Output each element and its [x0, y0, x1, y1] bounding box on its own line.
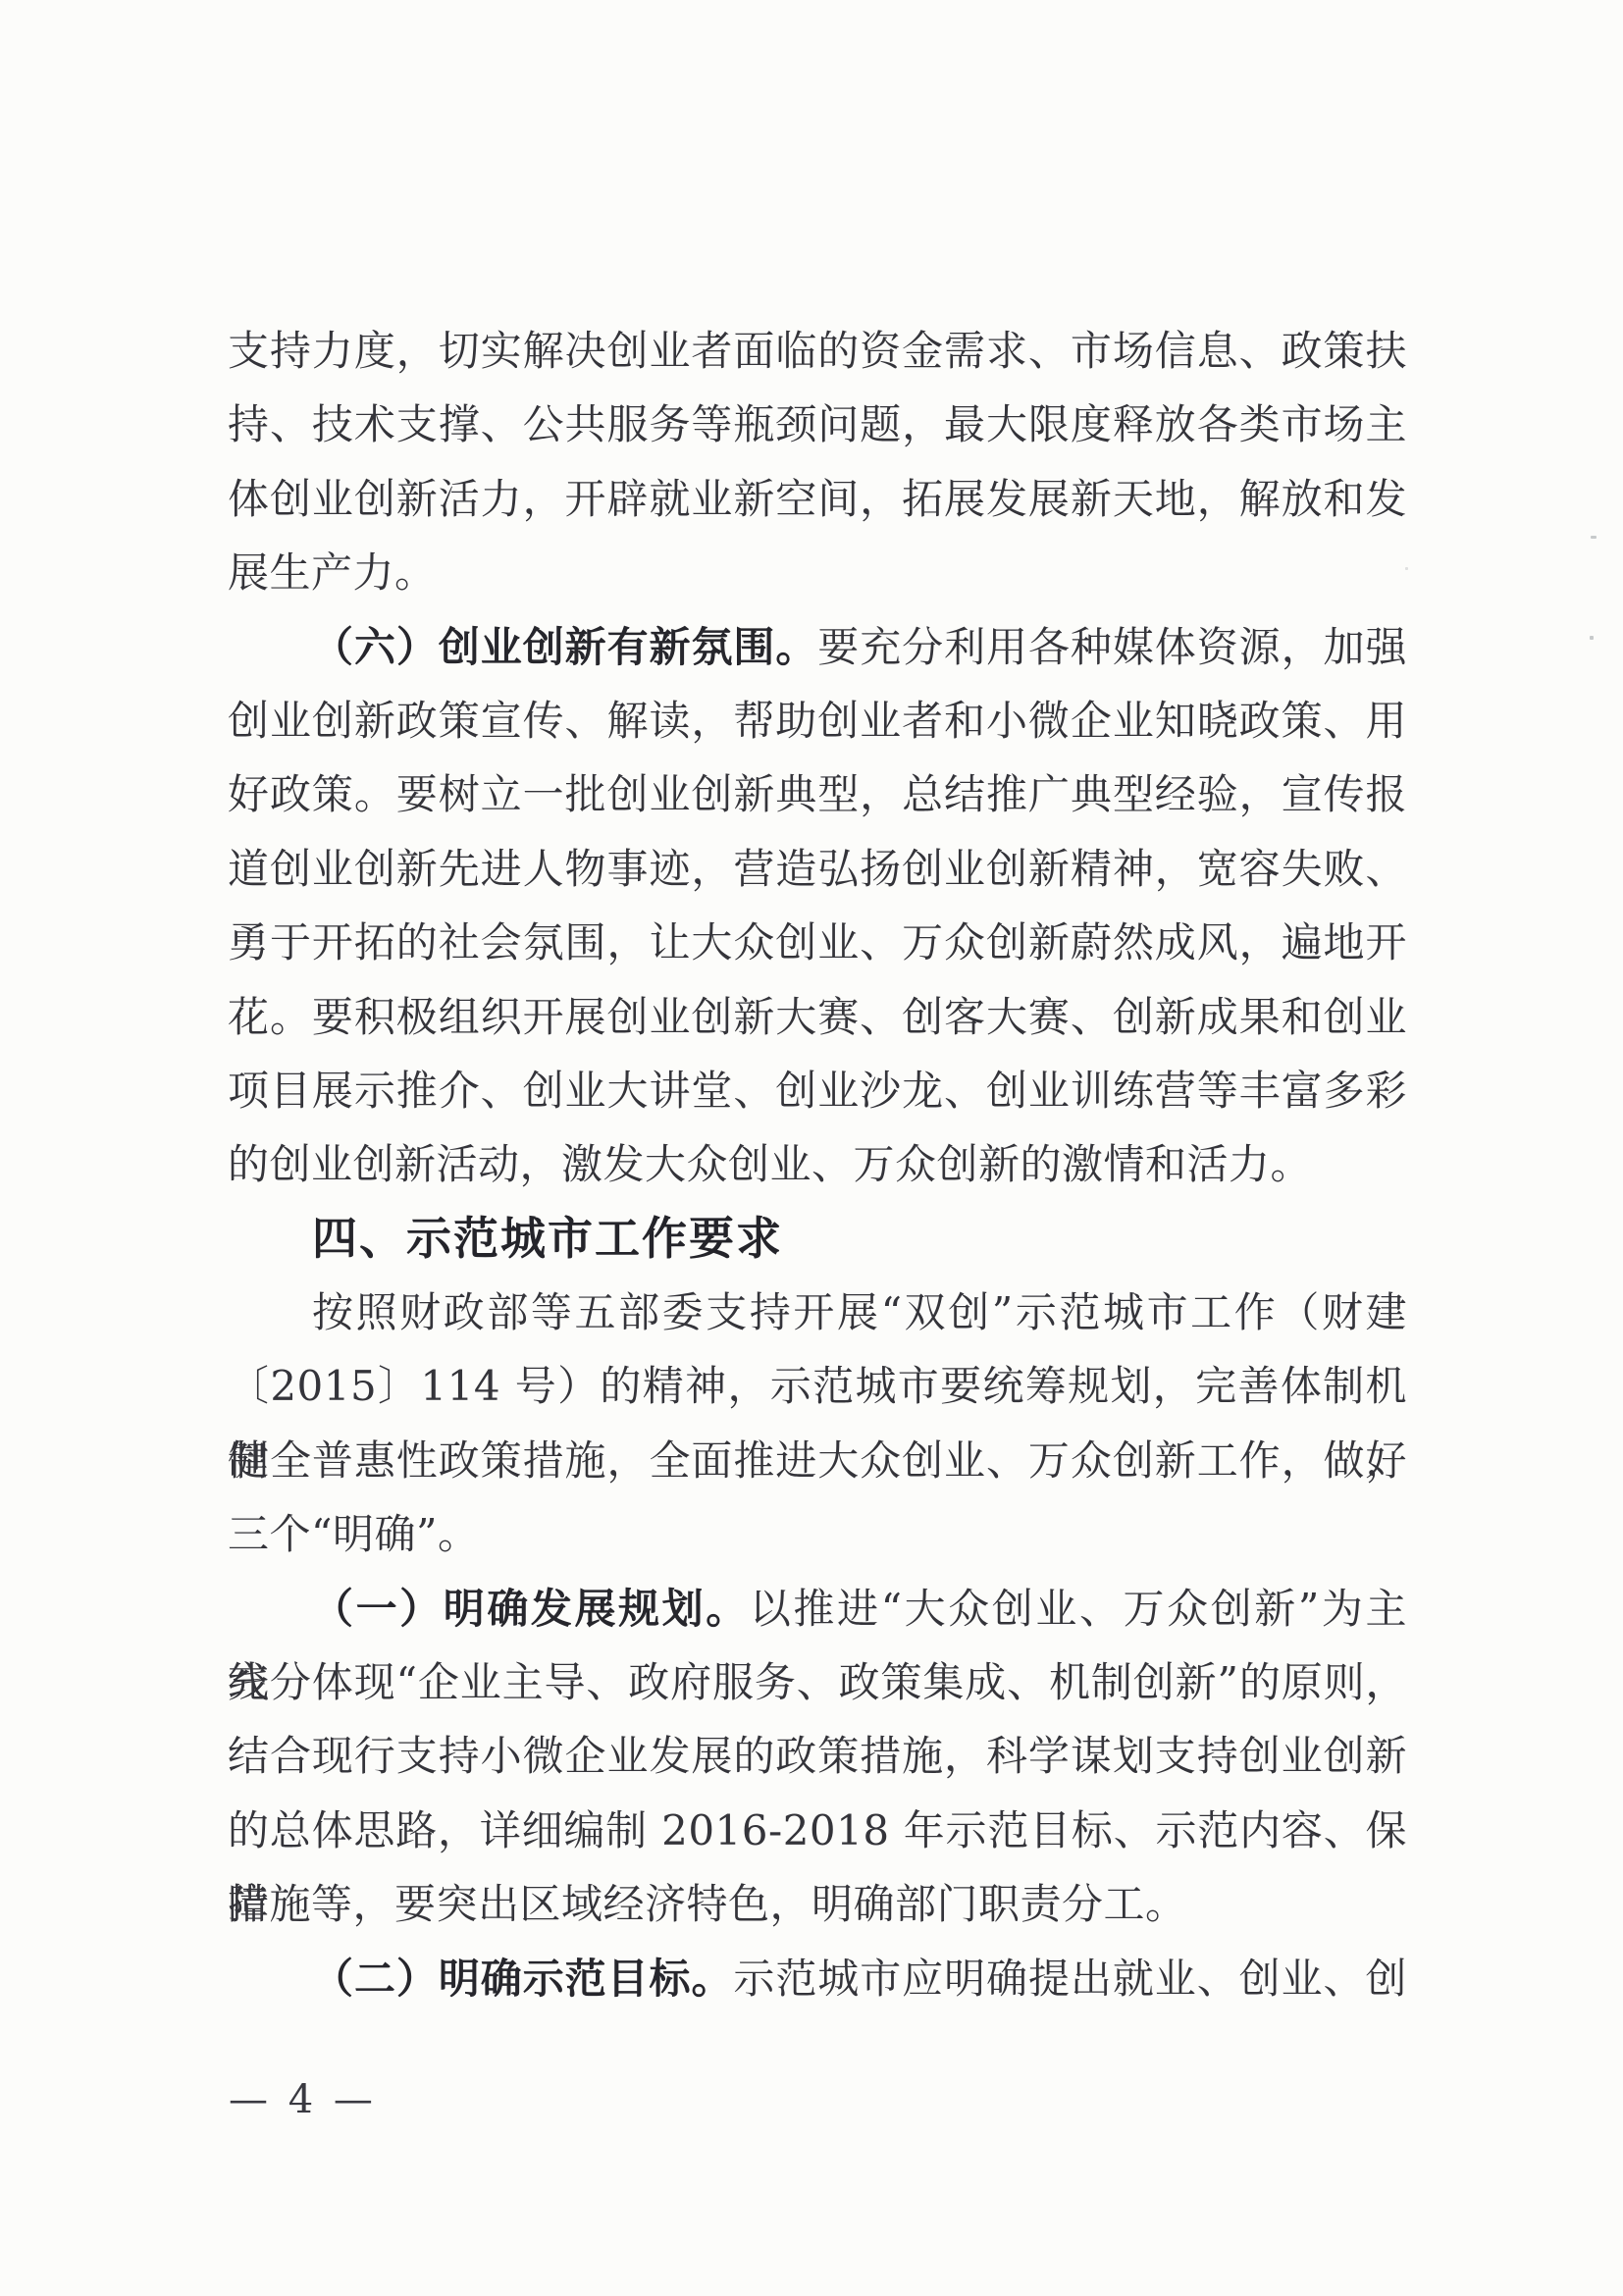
scan-speck	[1591, 536, 1597, 539]
text-line: 结合现行支持小微企业发展的政策措施，科学谋划支持创业创新	[228, 1719, 1407, 1793]
body-text-segment: 好政策。要树立一批创业创新典型，总结推广典型经验，宣传报	[228, 770, 1407, 818]
text-line: 勇于开拓的社会氛围，让大众创业、万众创新蔚然成风，遍地开	[228, 906, 1407, 979]
text-line: 健全普惠性政策措施，全面推进大众创业、万众创新工作，做好	[228, 1424, 1407, 1497]
body-text-segment: 按照财政部等五部委支持开展“双创”示范城市工作（财建	[312, 1288, 1407, 1336]
body-text-segment: 持、技术支撑、公共服务等瓶颈问题，最大限度释放各类市场主	[228, 400, 1407, 448]
document-page: 支持力度，切实解决创业者面临的资金需求、市场信息、政策扶持、技术支撑、公共服务等…	[0, 0, 1623, 2296]
body-text-segment: 花。要积极组织开展创业创新大赛、创客大赛、创新成果和创业	[228, 993, 1407, 1041]
text-line: 创业创新政策宣传、解读，帮助创业者和小微企业知晓政策、用	[228, 684, 1407, 757]
body-text-segment: 道创业创新先进人物事迹，营造弘扬创业创新精神，宽容失败、	[228, 845, 1407, 893]
page-number: — 4 —	[229, 2078, 377, 2121]
text-line: 好政策。要树立一批创业创新典型，总结推广典型经验，宣传报	[228, 757, 1407, 831]
body-text-segment: 示范城市应明确提出就业、创业、创	[733, 1955, 1407, 2003]
body-text-segment: 健全普惠性政策措施，全面推进大众创业、万众创新工作，做好	[228, 1436, 1407, 1485]
text-line: 的创业创新活动，激发大众创业、万众创新的激情和活力。	[228, 1127, 1407, 1201]
text-line: （六）创业创新有新氛围。要充分利用各种媒体资源，加强	[228, 610, 1407, 684]
text-line: 展生产力。	[228, 536, 1407, 609]
body-text-segment: 充分体现“企业主导、政府服务、政策集成、机制创新”的原则，	[228, 1658, 1407, 1706]
text-line: （一）明确发展规划。以推进“大众创业、万众创新”为主线，	[228, 1572, 1407, 1645]
body-text-segment: 体创业创新活力，开辟就业新空间，拓展发展新天地，解放和发	[228, 475, 1407, 523]
text-line: 按照财政部等五部委支持开展“双创”示范城市工作（财建	[228, 1276, 1407, 1349]
text-line: 花。要积极组织开展创业创新大赛、创客大赛、创新成果和创业	[228, 980, 1407, 1054]
body-text-segment: 要充分利用各种媒体资源，加强	[817, 623, 1407, 671]
bold-text-segment: （一）明确发展规划。	[312, 1585, 750, 1633]
body-text-segment: 创业创新政策宣传、解读，帮助创业者和小微企业知晓政策、用	[228, 697, 1407, 745]
text-line: （二）明确示范目标。示范城市应明确提出就业、创业、创	[228, 1942, 1407, 2015]
body-text-segment: 支持力度，切实解决创业者面临的资金需求、市场信息、政策扶	[228, 327, 1407, 375]
text-line: 〔2015〕114 号）的精神，示范城市要统筹规划，完善体制机制，	[228, 1349, 1407, 1423]
body-text-segment: 措施等，要突出区域经济特色，明确部门职责分工。	[228, 1880, 1187, 1928]
body-text-segment: 展生产力。	[228, 548, 437, 597]
text-line: 三个“明确”。	[228, 1497, 1407, 1571]
document-body: 支持力度，切实解决创业者面临的资金需求、市场信息、政策扶持、技术支撑、公共服务等…	[228, 314, 1407, 2015]
body-text-segment: 的创业创新活动，激发大众创业、万众创新的激情和活力。	[228, 1140, 1312, 1188]
body-text-segment: 三个“明确”。	[228, 1510, 479, 1558]
scan-speck	[1405, 567, 1408, 570]
text-line: 项目展示推介、创业大讲堂、创业沙龙、创业训练营等丰富多彩	[228, 1054, 1407, 1127]
scan-speck	[1590, 636, 1594, 640]
bold-text-segment: （二）明确示范目标。	[312, 1955, 733, 2003]
text-line: 道创业创新先进人物事迹，营造弘扬创业创新精神，宽容失败、	[228, 832, 1407, 906]
bold-text-segment: 四、示范城市工作要求	[312, 1212, 783, 1265]
body-text-segment: 结合现行支持小微企业发展的政策措施，科学谋划支持创业创新	[228, 1732, 1407, 1780]
text-line: 充分体现“企业主导、政府服务、政策集成、机制创新”的原则，	[228, 1645, 1407, 1719]
section-heading: 四、示范城市工作要求	[228, 1202, 1407, 1276]
body-text-segment: 项目展示推介、创业大讲堂、创业沙龙、创业训练营等丰富多彩	[228, 1067, 1407, 1115]
text-line: 体创业创新活力，开辟就业新空间，拓展发展新天地，解放和发	[228, 462, 1407, 536]
body-text-segment: 勇于开拓的社会氛围，让大众创业、万众创新蔚然成风，遍地开	[228, 918, 1407, 966]
text-line: 措施等，要突出区域经济特色，明确部门职责分工。	[228, 1867, 1407, 1941]
text-line: 持、技术支撑、公共服务等瓶颈问题，最大限度释放各类市场主	[228, 388, 1407, 461]
bold-text-segment: （六）创业创新有新氛围。	[312, 623, 817, 671]
text-line: 的总体思路，详细编制 2016-2018 年示范目标、示范内容、保障	[228, 1794, 1407, 1867]
text-line: 支持力度，切实解决创业者面临的资金需求、市场信息、政策扶	[228, 314, 1407, 388]
